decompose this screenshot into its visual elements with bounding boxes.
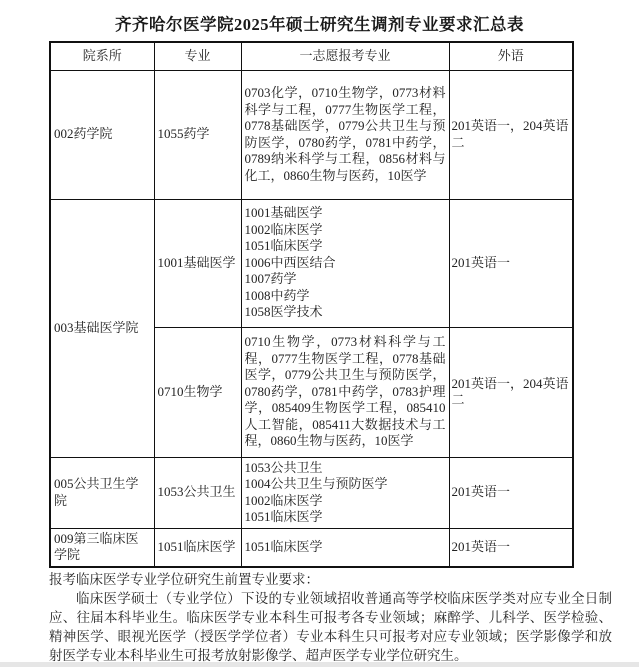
table-header-row: 院系所 专业 一志愿报考专业 外语 xyxy=(50,42,573,70)
page-title: 齐齐哈尔医学院2025年硕士研究生调剂专业要求汇总表 xyxy=(0,0,639,35)
cell-department-merged: 003基础医学院 xyxy=(50,199,154,457)
cell-major: 1053公共卫生 xyxy=(154,457,241,528)
cell-department: 009第三临床医学院 xyxy=(50,528,154,567)
footnote-heading: 报考临床医学专业学位研究生前置专业要求： xyxy=(49,570,612,589)
cell-department: 002药学院 xyxy=(50,70,154,199)
cell-department: 005公共卫生学院 xyxy=(50,457,154,528)
cell-first-choice-majors: 0703化学，0710生物学，0773材料科学与工程，0777生物医学工程，07… xyxy=(241,70,449,199)
table-row-basic-medicine-1: 003基础医学院 1001基础医学 1001基础医学 1002临床医学 1051… xyxy=(50,199,573,327)
footnote-body: 临床医学硕士（专业学位）下设的专业领域招收普通高等学校临床医学类对应专业全日制应… xyxy=(49,589,612,665)
transfer-requirements-table: 院系所 专业 一志愿报考专业 外语 002药学院 1055药学 0703化学，0… xyxy=(49,41,574,568)
document-page: 齐齐哈尔医学院2025年硕士研究生调剂专业要求汇总表 院系所 专业 一志愿报考专… xyxy=(0,0,639,667)
table-row-pharmacy: 002药学院 1055药学 0703化学，0710生物学，0773材料科学与工程… xyxy=(50,70,573,199)
cell-foreign-language: 201英语一，204英语二 xyxy=(449,327,573,457)
cell-foreign-language: 201英语一，204英语二 xyxy=(449,70,573,199)
cell-foreign-language: 201英语一 xyxy=(449,457,573,528)
cell-first-choice-majors: 1053公共卫生 1004公共卫生与预防医学 1002临床医学 1051临床医学 xyxy=(241,457,449,528)
cell-major: 1051临床医学 xyxy=(154,528,241,567)
cell-major: 1055药学 xyxy=(154,70,241,199)
footnote-block: 报考临床医学专业学位研究生前置专业要求： 临床医学硕士（专业学位）下设的专业领域… xyxy=(49,570,612,665)
cell-foreign-language: 201英语一 xyxy=(449,199,573,327)
col-header-department: 院系所 xyxy=(50,42,154,70)
cell-first-choice-majors: 0710生物学，0773材料科学与工程，0777生物医学工程，0778基础医学，… xyxy=(241,327,449,457)
table-row-public-health: 005公共卫生学院 1053公共卫生 1053公共卫生 1004公共卫生与预防医… xyxy=(50,457,573,528)
table-row-third-clinical: 009第三临床医学院 1051临床医学 1051临床医学 201英语一 xyxy=(50,528,573,567)
cell-first-choice-majors: 1051临床医学 xyxy=(241,528,449,567)
col-header-first-choice: 一志愿报考专业 xyxy=(241,42,449,70)
cell-foreign-language: 201英语一 xyxy=(449,528,573,567)
page-bottom-edge xyxy=(0,662,639,667)
cell-major: 0710生物学 xyxy=(154,327,241,457)
cell-first-choice-majors: 1001基础医学 1002临床医学 1051临床医学 1006中西医结合 100… xyxy=(241,199,449,327)
col-header-foreign-language: 外语 xyxy=(449,42,573,70)
col-header-major: 专业 xyxy=(154,42,241,70)
cell-major: 1001基础医学 xyxy=(154,199,241,327)
